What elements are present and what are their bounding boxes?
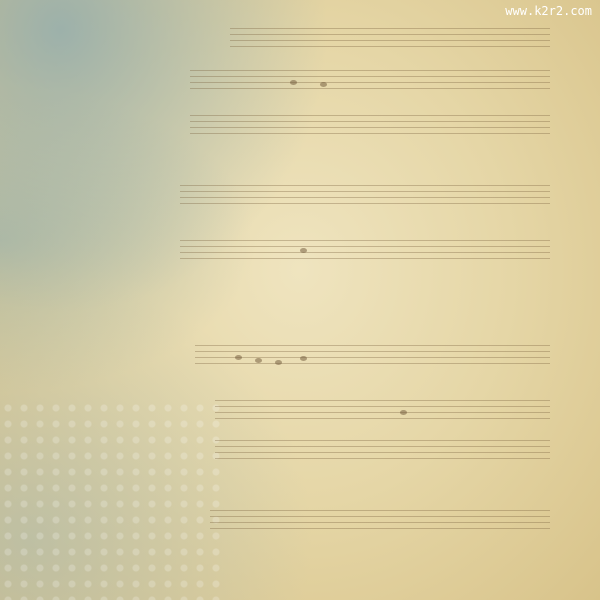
- music-staff: [180, 185, 550, 209]
- music-staff: [190, 70, 550, 94]
- music-staff: [195, 345, 550, 369]
- note: [300, 356, 307, 361]
- note: [235, 355, 242, 360]
- music-staff: [215, 400, 550, 424]
- music-staff: [180, 240, 550, 264]
- music-staff: [215, 440, 550, 464]
- note: [275, 360, 282, 365]
- note: [400, 410, 407, 415]
- note: [300, 248, 307, 253]
- music-staff: [210, 510, 550, 534]
- watermark: www.k2r2.com: [505, 4, 592, 18]
- music-staff: [230, 28, 550, 52]
- note: [255, 358, 262, 363]
- note: [320, 82, 327, 87]
- note: [290, 80, 297, 85]
- music-staff: [190, 115, 550, 139]
- halftone-dots: [0, 400, 220, 600]
